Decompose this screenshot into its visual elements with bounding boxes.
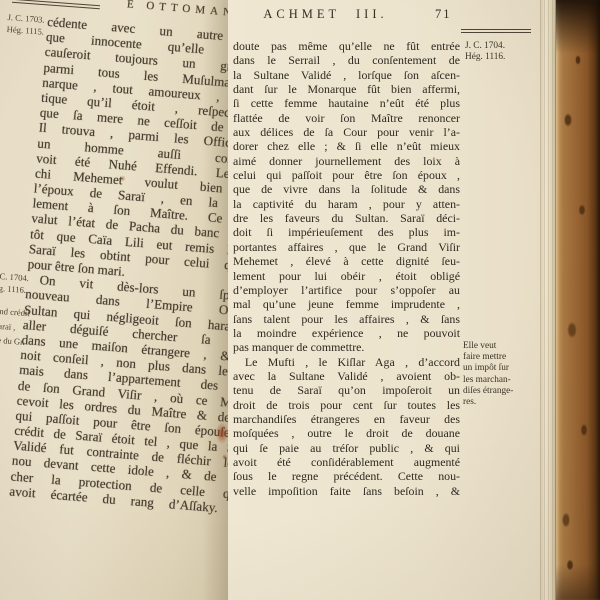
- text-line: avec la Sultane Validé , avoient ob-: [233, 369, 460, 383]
- text-line: Elle veut: [463, 341, 529, 352]
- margin-note-date-1704: J. C. 1704.Hég. 1116.: [465, 41, 505, 63]
- text-line: Hég. 1115.: [6, 23, 44, 37]
- ink-stain: [221, 453, 228, 461]
- text-line: ſi cette femme hautaine n’eût été plus: [233, 96, 460, 110]
- text-line: d’employer l’artifice pour s’oppoſer au: [233, 283, 460, 297]
- left-page-text-block: E OTTOMAN cédente avec un autre hommeque…: [9, 0, 228, 518]
- text-line: pas manquer de commettre.: [233, 340, 460, 354]
- text-line: doute pas même qu’elle ne fût entrée: [233, 39, 460, 53]
- text-line: Le Mufti , le Kiſlar Aga , d’accord: [233, 355, 460, 369]
- text-line: velle impoſition faite ſans beſoin , &: [233, 484, 460, 498]
- text-line: dans le Serrail , du conſentement de: [233, 53, 460, 67]
- text-line: la captivité du haram , pour y atten-: [233, 197, 460, 211]
- text-line: flattée de voir ſon Maître renoncer: [233, 111, 460, 125]
- text-line: que de vivre dans la ſolitude & dans: [233, 182, 460, 196]
- text-line: diſes étrange-: [463, 386, 529, 397]
- left-page-text: cédente avec un autre hommeque innocente…: [9, 14, 228, 518]
- text-line: avoit été conſidérablement augmenté: [233, 455, 460, 469]
- text-line: portantes affaires , que le Grand Viſir: [233, 240, 460, 254]
- right-page: ACHMET III. 71 J. C. 1704.Hég. 1116. Ell…: [228, 0, 542, 600]
- running-header-right: ACHMET III.: [233, 7, 418, 22]
- text-line: droit de trois pour cent ſur toutes les: [233, 398, 460, 412]
- text-line: tenu de Saraï qu’on impoſeroit un: [233, 383, 460, 397]
- text-line: un impôt ſur: [463, 363, 529, 374]
- ink-stain: [213, 418, 231, 448]
- text-line: ſans talent pour les affaires , & ſans: [233, 312, 460, 326]
- text-line: aux délices de ſa Cour pour venir l’a-: [233, 125, 460, 139]
- text-line: Mehemet , élevé à cette dignité ſeu-: [233, 254, 460, 268]
- left-page: J. C. 1703.Hég. 1115. C. 1704.g. 1116. n…: [0, 0, 228, 600]
- leather-cover-edge: [556, 0, 600, 600]
- text-line: Hég. 1116.: [465, 52, 505, 63]
- text-line: mal qu’une jeune femme imprudente ,: [233, 297, 460, 311]
- text-line: moſquées , outre le droit de douane: [233, 426, 460, 440]
- ink-stain: [118, 174, 127, 183]
- text-line: lement pour lui obéir , étoit obligé: [233, 269, 460, 283]
- text-line: dorer chez elle ; & ſi elle n’eût mieux: [233, 139, 460, 153]
- text-line: dant ſur le Monarque fût bien affermi,: [233, 82, 460, 96]
- text-line: qui ſe paie au tréſor public , & qui: [233, 441, 460, 455]
- text-line: J. C. 1704.: [465, 41, 505, 52]
- text-line: la Sultane Validé , lorſque ſon aſcen-: [233, 68, 460, 82]
- right-margin-double-rule: [461, 29, 531, 33]
- margin-note-tax: Elle veutfaire mettreun impôt ſurles mar…: [463, 341, 529, 408]
- right-page-text: doute pas même qu’elle ne fût entréedans…: [233, 39, 460, 498]
- text-line: g. 1116.: [0, 282, 28, 296]
- page-number: 71: [435, 7, 452, 22]
- text-line: aimé donner journellement des loix à: [233, 154, 460, 168]
- text-line: dre les faveurs du Sultan. Saraï déci-: [233, 211, 460, 225]
- text-line: doit ſi impérieuſement des plus im-: [233, 225, 460, 239]
- margin-note-date-1703: J. C. 1703.Hég. 1115.: [6, 12, 45, 38]
- text-line: la moindre expérience , ne pouvoit: [233, 326, 460, 340]
- text-line: les marchan-: [463, 375, 529, 386]
- text-line: res.: [463, 397, 529, 408]
- text-line: faire mettre: [463, 352, 529, 363]
- text-line: ſous le regne précédent. Cette nou-: [233, 469, 460, 483]
- book-photo: J. C. 1703.Hég. 1115. C. 1704.g. 1116. n…: [0, 0, 600, 600]
- book-fore-edge: [540, 0, 556, 600]
- text-line: celui qui paſſoit pour être ſon époux ,: [233, 168, 460, 182]
- text-line: marchandiſes étrangeres en faveur des: [233, 412, 460, 426]
